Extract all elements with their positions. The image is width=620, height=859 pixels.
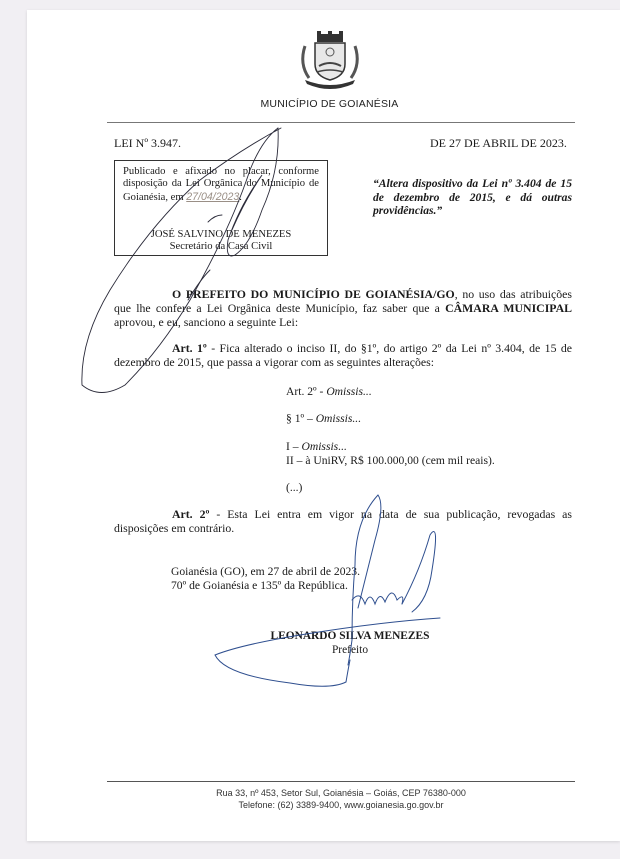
closing-place-date: Goianésia (GO), em 27 de abril de 2023. <box>171 565 360 579</box>
footer-contact: Telefone: (62) 3389-9400, www.goianesia.… <box>107 800 575 812</box>
article-1: Art. 1º - Fica alterado o inciso II, do … <box>114 342 572 370</box>
law-summary: “Altera dispositivo da Lei nº 3.404 de 1… <box>373 177 572 218</box>
law-date: DE 27 DE ABRIL DE 2023. <box>430 136 567 151</box>
municipal-coat-of-arms-icon <box>295 28 365 90</box>
footer: Rua 33, nº 453, Setor Sul, Goianésia – G… <box>107 788 575 811</box>
publication-text: Publicado e afixado no placar, conforme … <box>123 166 319 204</box>
quoted-ellipsis: (...) <box>286 481 302 494</box>
quoted-paragraph-1: § 1º – Omissis... <box>286 412 361 425</box>
publication-signer: JOSÉ SALVINO DE MENEZES Secretário da Ca… <box>115 229 327 254</box>
quoted-item-2: II – à UniRV, R$ 100.000,00 (cem mil rea… <box>286 454 495 467</box>
article-2-label: Art. 2º <box>172 507 209 521</box>
header-divider <box>107 122 575 123</box>
quoted-item-1: I – Omissis... <box>286 440 347 453</box>
publication-box: Publicado e afixado no placar, conforme … <box>114 160 328 256</box>
article-1-label: Art. 1º <box>172 341 207 355</box>
publication-signer-name: JOSÉ SALVINO DE MENEZES <box>115 229 327 241</box>
publication-signer-role: Secretário da Casa Civil <box>115 241 327 253</box>
chamber-name: CÂMARA MUNICIPAL <box>445 301 572 315</box>
footer-divider <box>107 781 575 782</box>
article-2: Art. 2º - Esta Lei entra em vigor na dat… <box>114 508 572 536</box>
closing: Goianésia (GO), em 27 de abril de 2023. … <box>171 565 360 593</box>
mayor-role: Prefeito <box>230 644 470 656</box>
document-page <box>27 10 620 841</box>
preamble-lead: O PREFEITO DO MUNICÍPIO DE GOIANÉSIA/GO <box>172 287 455 301</box>
footer-address: Rua 33, nº 453, Setor Sul, Goianésia – G… <box>107 788 575 800</box>
municipality-name: MUNICÍPIO DE GOIANÉSIA <box>0 98 620 110</box>
handwritten-publication-date: 27/04/2023 <box>186 191 239 203</box>
closing-years: 70º de Goianésia e 135º da República. <box>171 579 360 593</box>
preamble-paragraph: O PREFEITO DO MUNICÍPIO DE GOIANÉSIA/GO,… <box>114 288 572 329</box>
quoted-article-2: Art. 2º - Omissis... <box>286 385 372 398</box>
mayor-name: LEONARDO SILVA MENEZES <box>230 630 470 642</box>
law-number: LEI Nº 3.947. <box>114 136 181 151</box>
